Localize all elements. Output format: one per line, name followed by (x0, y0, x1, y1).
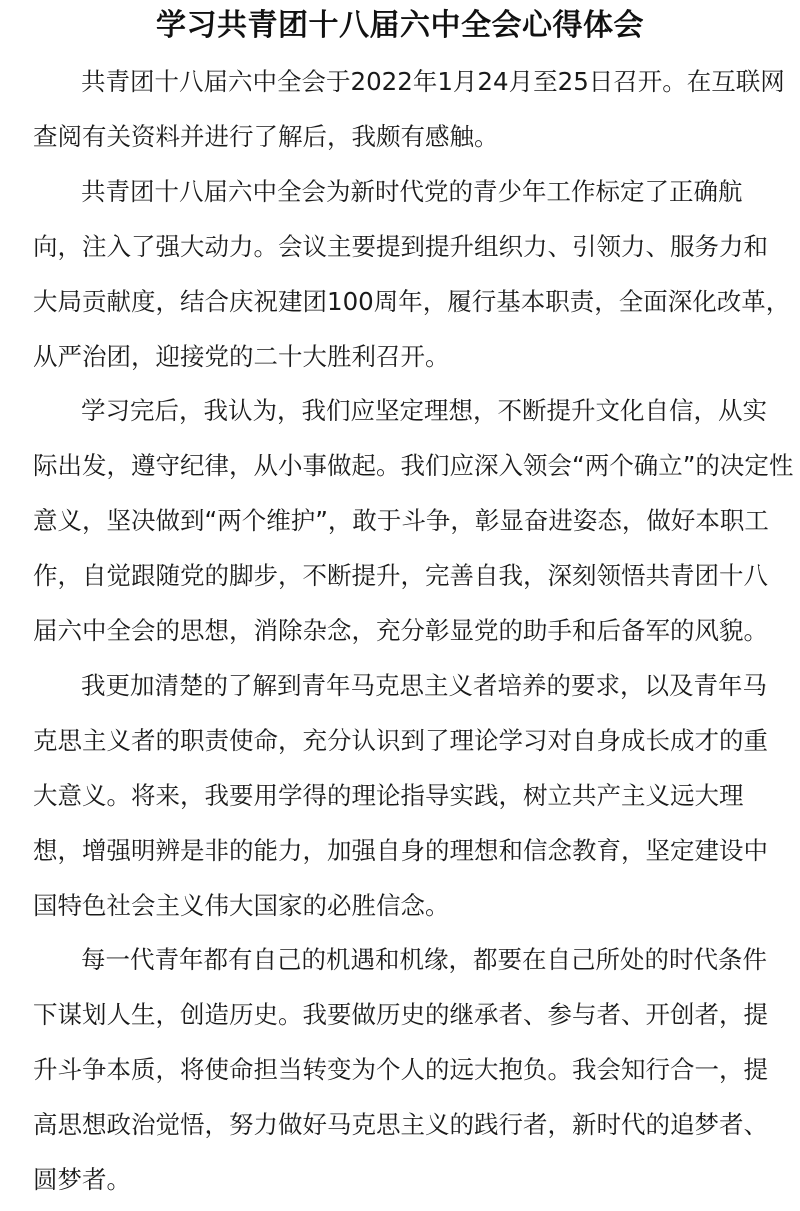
paragraph-3-line-4: 作，自觉跟随党的脚步，不断提升，完善自我，深刻领悟共青团十八 (33, 560, 768, 592)
paragraph-2-line-3: 大局贡献度，结合庆祝建团100周年，履行基本职责，全面深化改革， (33, 286, 790, 318)
paragraph-1-line-1: 共青团十八届六中全会于2022年1月24月至25日召开。在互联网 (81, 66, 785, 98)
paragraph-5-line-1: 每一代青年都有自己的机遇和机缘，都要在自己所处的时代条件 (81, 944, 767, 976)
paragraph-2-line-1: 共青团十八届六中全会为新时代党的青少年工作标定了正确航 (81, 176, 743, 208)
paragraph-3-line-2: 际出发，遵守纪律，从小事做起。我们应深入领会“两个确立”的决定性 (33, 450, 793, 482)
paragraph-4-line-4: 想，增强明辨是非的能力，加强自身的理想和信念教育，坚定建设中 (33, 835, 768, 867)
paragraph-5-line-3: 升斗争本质，将使命担当转变为个人的远大抱负。我会知行合一，提 (33, 1054, 768, 1086)
paragraph-4-line-1: 我更加清楚的了解到青年马克思主义者培养的要求，以及青年马 (81, 670, 767, 702)
paragraph-2-line-2: 向，注入了强大动力。会议主要提到提升组织力、引领力、服务力和 (33, 231, 768, 263)
paragraph-4-line-2: 克思主义者的职责使命，充分认识到了理论学习对自身成长成才的重 (33, 725, 768, 757)
paragraph-1-line-2: 查阅有关资料并进行了解后，我颇有感触。 (33, 121, 499, 153)
paragraph-4-line-3: 大意义。将来，我要用学得的理论指导实践，树立共产主义远大理 (33, 780, 744, 812)
paragraph-5-line-5: 圆梦者。 (33, 1164, 131, 1196)
paragraph-3-line-3: 意义，坚决做到“两个维护”，敢于斗争，彰显奋进姿态，做好本职工 (33, 505, 769, 537)
paragraph-2-line-4: 从严治团，迎接党的二十大胜利召开。 (33, 341, 450, 373)
paragraph-5-line-4: 高思想政治觉悟，努力做好马克思主义的践行者，新时代的追梦者、 (33, 1109, 768, 1141)
paragraph-5-line-2: 下谋划人生，创造历史。我要做历史的继承者、参与者、开创者，提 (33, 999, 768, 1031)
paragraph-3-line-5: 届六中全会的思想，消除杂念，充分彰显党的助手和后备军的风貌。 (33, 615, 768, 647)
paragraph-3-line-1: 学习完后，我认为，我们应坚定理想，不断提升文化自信，从实 (81, 395, 767, 427)
paragraph-4-line-5: 国特色社会主义伟大国家的必胜信念。 (33, 890, 450, 922)
document-title: 学习共青团十八届六中全会心得体会 (0, 4, 800, 48)
